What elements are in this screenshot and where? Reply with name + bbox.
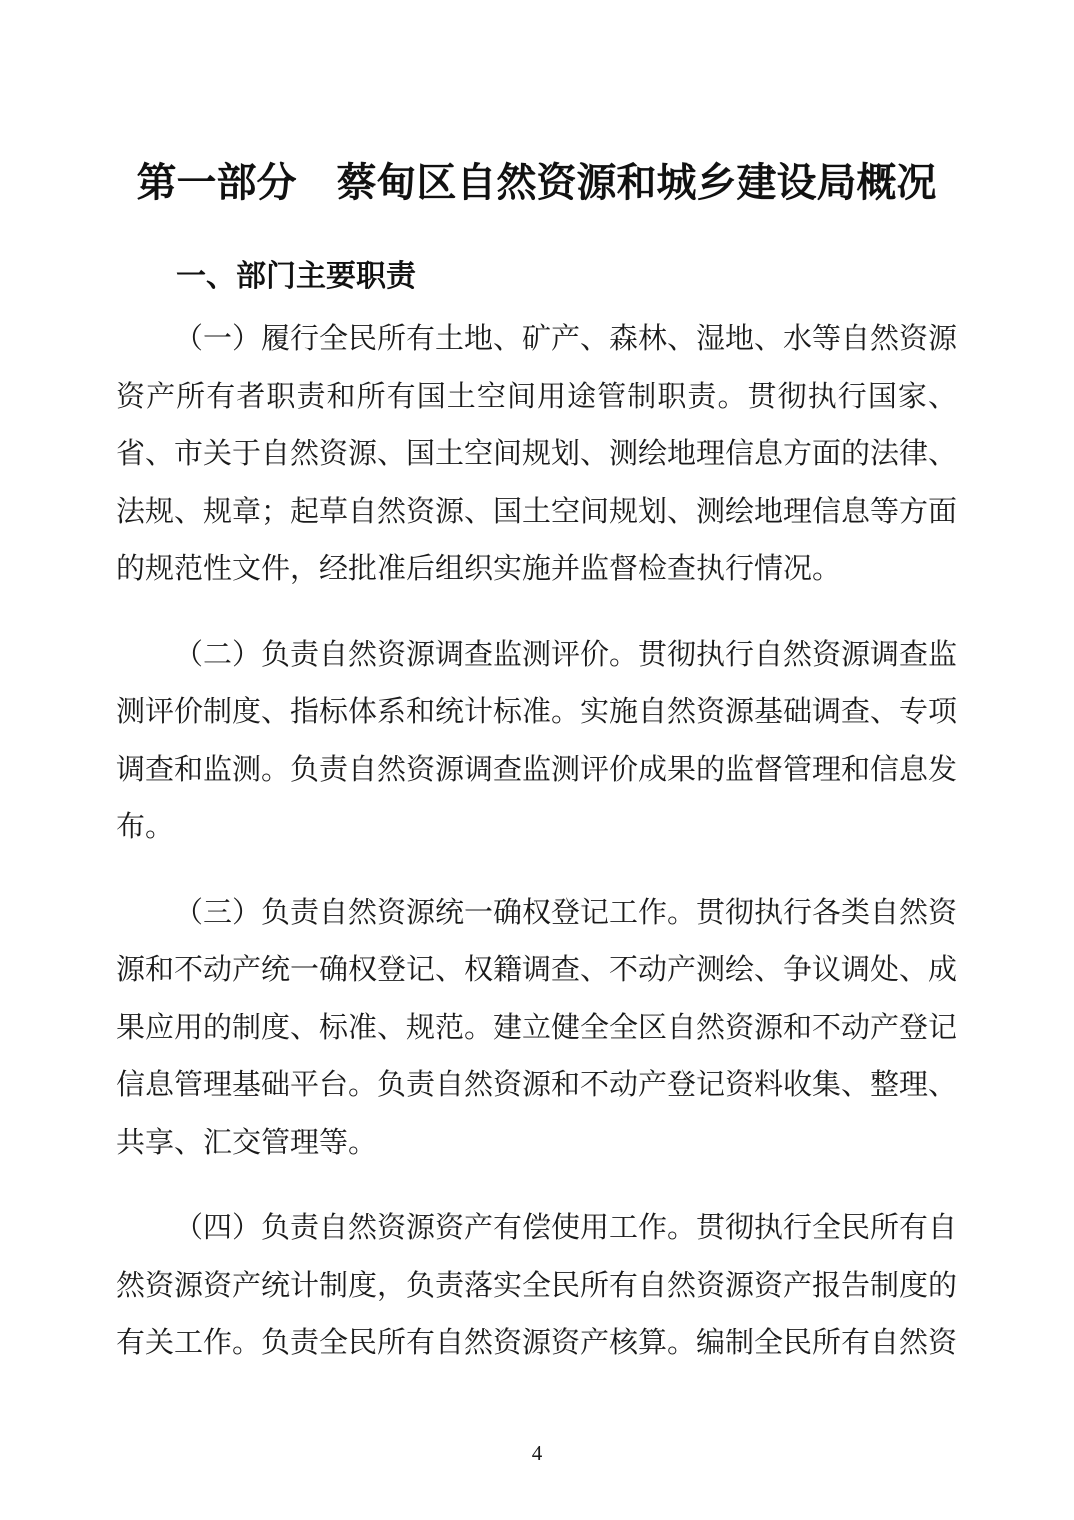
paragraph-4: （四）负责自然资源资产有偿使用工作。贯彻执行全民所有自然资源资产统计制度，负责落… <box>116 1200 957 1373</box>
paragraph-3: （三）负责自然资源统一确权登记工作。贯彻执行各类自然资源和不动产统一确权登记、权… <box>116 885 957 1173</box>
page-number: 4 <box>0 1440 1074 1466</box>
paragraph-1: （一）履行全民所有土地、矿产、森林、湿地、水等自然资源资产所有者职责和所有国土空… <box>116 311 957 599</box>
body-text: （一）履行全民所有土地、矿产、森林、湿地、水等自然资源资产所有者职责和所有国土空… <box>116 311 957 1373</box>
paragraph-2: （二）负责自然资源调查监测评价。贯彻执行自然资源调查监测评价制度、指标体系和统计… <box>116 627 957 857</box>
document-page: 第一部分 蔡甸区自然资源和城乡建设局概况 一、部门主要职责 （一）履行全民所有土… <box>0 0 1074 1520</box>
section-heading: 一、部门主要职责 <box>116 251 957 303</box>
page-title: 第一部分 蔡甸区自然资源和城乡建设局概况 <box>116 157 957 209</box>
document-content: 第一部分 蔡甸区自然资源和城乡建设局概况 一、部门主要职责 （一）履行全民所有土… <box>116 0 957 1401</box>
